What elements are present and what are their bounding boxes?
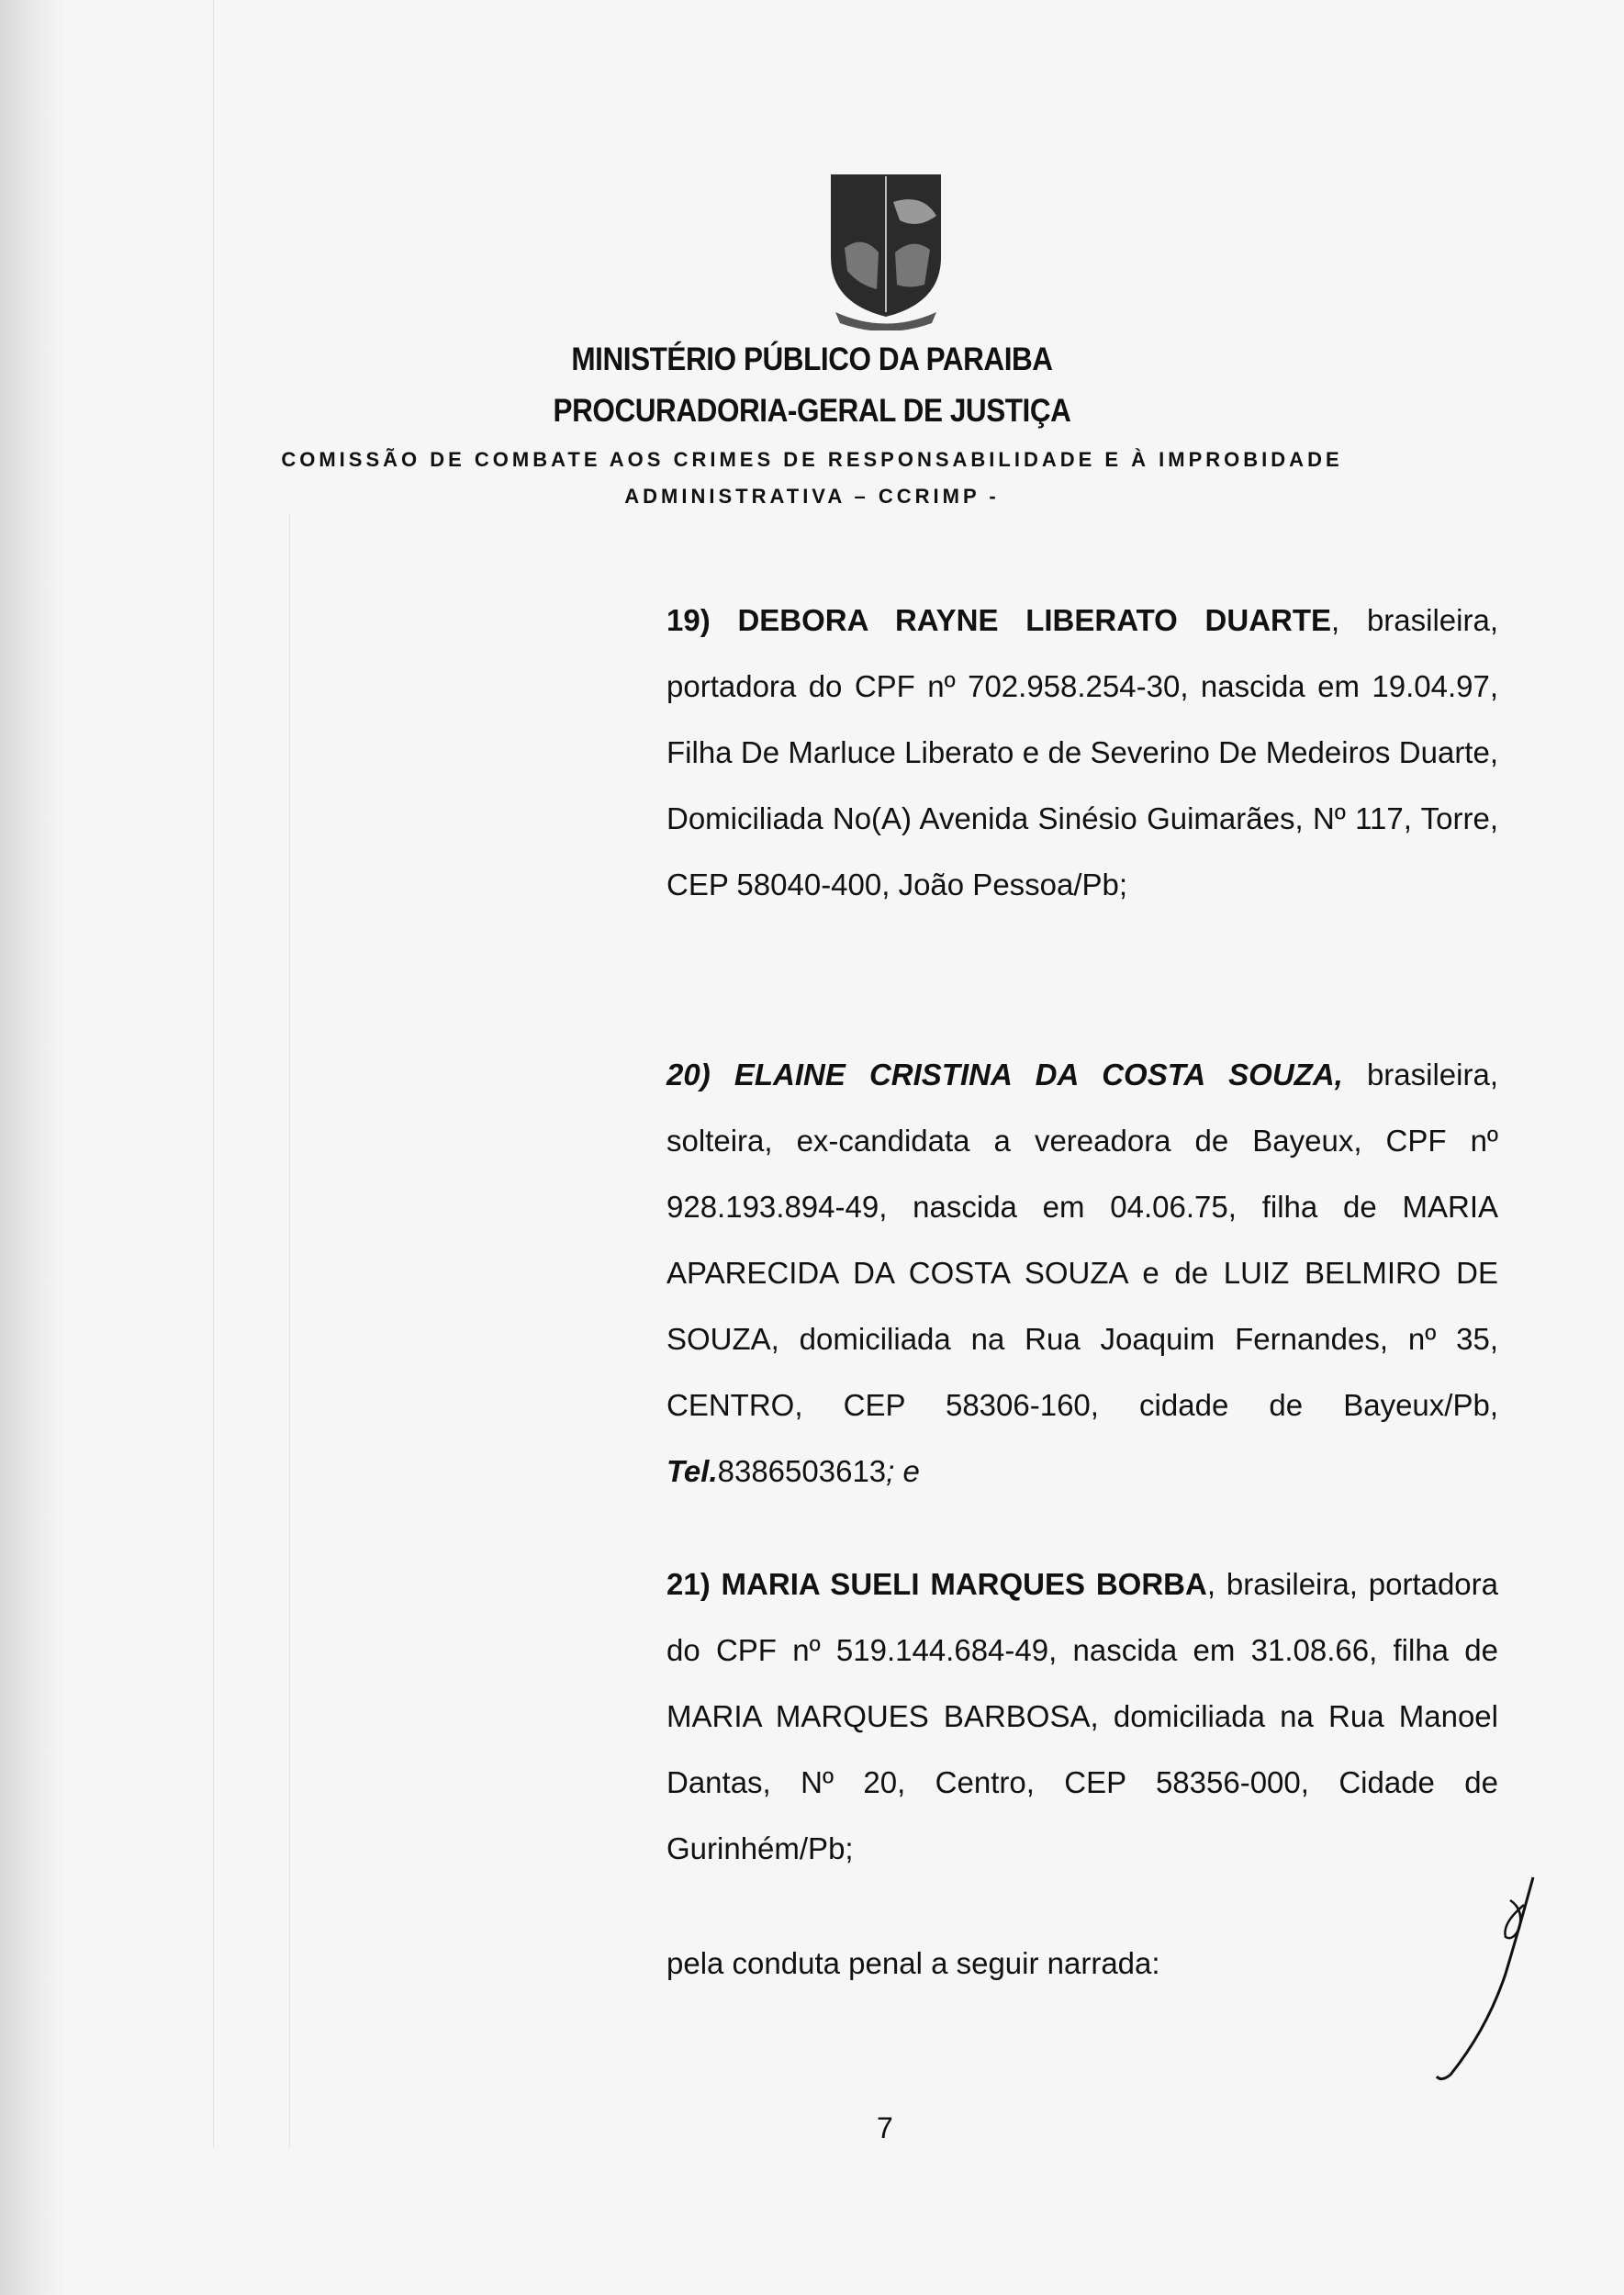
entry-number: 19): [666, 603, 711, 637]
entry-text: , brasileira, portadora do CPF nº 702.95…: [666, 603, 1498, 901]
entry-20: 20) ELAINE CRISTINA DA COSTA SOUZA, bras…: [666, 1042, 1498, 1505]
entry-name: DEBORA RAYNE LIBERATO DUARTE: [737, 603, 1331, 637]
margin-line: [213, 0, 214, 2148]
entry-text: brasileira, solteira, ex-candidata a ver…: [666, 1058, 1498, 1422]
entry-name: ELAINE CRISTINA DA COSTA SOUZA,: [734, 1058, 1343, 1092]
header-commission-cont: ADMINISTRATIVA – CCRIMP -: [0, 485, 1624, 509]
header-ministry: MINISTÉRIO PÚBLICO DA PARAIBA: [81, 341, 1542, 378]
tel-value: 8386503613: [718, 1454, 887, 1488]
entry-text: , brasileira, portadora do CPF nº 519.14…: [666, 1567, 1498, 1865]
entry-name: MARIA SUELI MARQUES BORBA: [722, 1567, 1207, 1601]
entry-tail: ; e: [886, 1454, 920, 1488]
entry-number: 20): [666, 1058, 711, 1092]
entry-number: 21): [666, 1567, 711, 1601]
scan-edge: [0, 0, 64, 2295]
entry-19: 19) DEBORA RAYNE LIBERATO DUARTE, brasil…: [666, 588, 1498, 918]
entry-21: 21) MARIA SUELI MARQUES BORBA, brasileir…: [666, 1551, 1498, 1882]
signature-mark: [1432, 1873, 1542, 2084]
margin-line: [289, 514, 290, 2148]
closing-sentence: pela conduta penal a seguir narrada:: [666, 1946, 1160, 1981]
page-number: 7: [877, 2111, 893, 2145]
coat-of-arms-icon: [822, 165, 950, 330]
header-commission: COMISSÃO DE COMBATE AOS CRIMES DE RESPON…: [0, 448, 1624, 472]
tel-label: Tel.: [666, 1454, 718, 1488]
header-procuradoria: PROCURADORIA-GERAL DE JUSTIÇA: [81, 393, 1542, 430]
